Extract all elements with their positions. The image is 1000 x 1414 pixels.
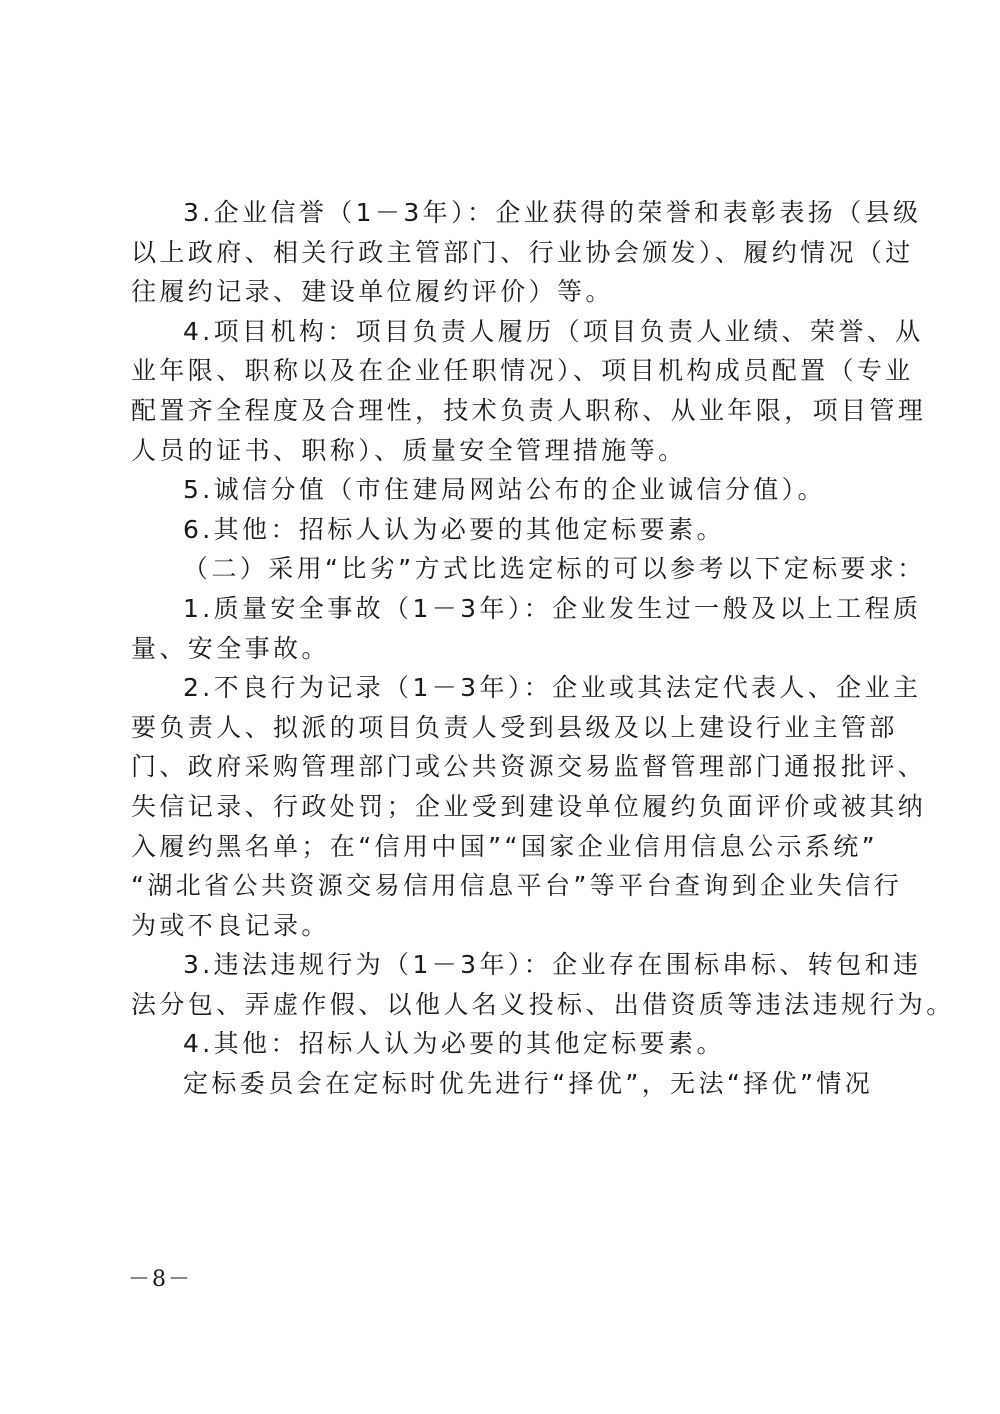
paragraph-line: 1.质量安全事故（1－3年）：企业发生过一般及以上工程质 xyxy=(131,589,871,629)
paragraph-line: 法分包、弄虚作假、以他人名义投标、出借资质等违法违规行为。 xyxy=(131,985,871,1025)
paragraph-line: 失信记录、行政处罚；企业受到建设单位履约负面评价或被其纳 xyxy=(131,787,871,827)
paragraph-line: 4.其他：招标人认为必要的其他定标要素。 xyxy=(131,1024,871,1064)
paragraph-line: 往履约记录、建设单位履约评价）等。 xyxy=(131,272,871,312)
document-page: 3.企业信誉（1－3年）：企业获得的荣誉和表彰表扬（县级 以上政府、相关行政主管… xyxy=(0,0,1000,1414)
paragraph-line: 3.违法违规行为（1－3年）：企业存在围标串标、转包和违 xyxy=(131,945,871,985)
paragraph-line: 门、政府采购管理部门或公共资源交易监督管理部门通报批评、 xyxy=(131,747,871,787)
paragraph-line: 量、安全事故。 xyxy=(131,629,871,669)
paragraph-line: “湖北省公共资源交易信用信息平台”等平台查询到企业失信行 xyxy=(131,866,871,906)
paragraph-line: 2.不良行为记录（1－3年）：企业或其法定代表人、企业主 xyxy=(131,668,871,708)
paragraph-line: 配置齐全程度及合理性，技术负责人职称、从业年限，项目管理 xyxy=(131,391,871,431)
paragraph-line: 定标委员会在定标时优先进行“择优”，无法“择优”情况 xyxy=(131,1064,871,1104)
document-body: 3.企业信誉（1－3年）：企业获得的荣誉和表彰表扬（县级 以上政府、相关行政主管… xyxy=(131,193,871,1104)
paragraph-line: 4.项目机构：项目负责人履历（项目负责人业绩、荣誉、从 xyxy=(131,312,871,352)
page-number: －8－ xyxy=(128,1262,192,1293)
paragraph-line: 要负责人、拟派的项目负责人受到县级及以上建设行业主管部 xyxy=(131,708,871,748)
paragraph-line: 5.诚信分值（市住建局网站公布的企业诚信分值）。 xyxy=(131,470,871,510)
paragraph-line: 入履约黑名单；在“信用中国”“国家企业信用信息公示系统” xyxy=(131,827,871,867)
paragraph-line: 6.其他：招标人认为必要的其他定标要素。 xyxy=(131,510,871,550)
paragraph-line: 为或不良记录。 xyxy=(131,906,871,946)
section-heading: （二）采用“比劣”方式比选定标的可以参考以下定标要求： xyxy=(131,549,871,589)
paragraph-line: 3.企业信誉（1－3年）：企业获得的荣誉和表彰表扬（县级 xyxy=(131,193,871,233)
paragraph-line: 以上政府、相关行政主管部门、行业协会颁发）、履约情况（过 xyxy=(131,233,871,273)
paragraph-line: 人员的证书、职称）、质量安全管理措施等。 xyxy=(131,431,871,471)
paragraph-line: 业年限、职称以及在企业任职情况）、项目机构成员配置（专业 xyxy=(131,351,871,391)
